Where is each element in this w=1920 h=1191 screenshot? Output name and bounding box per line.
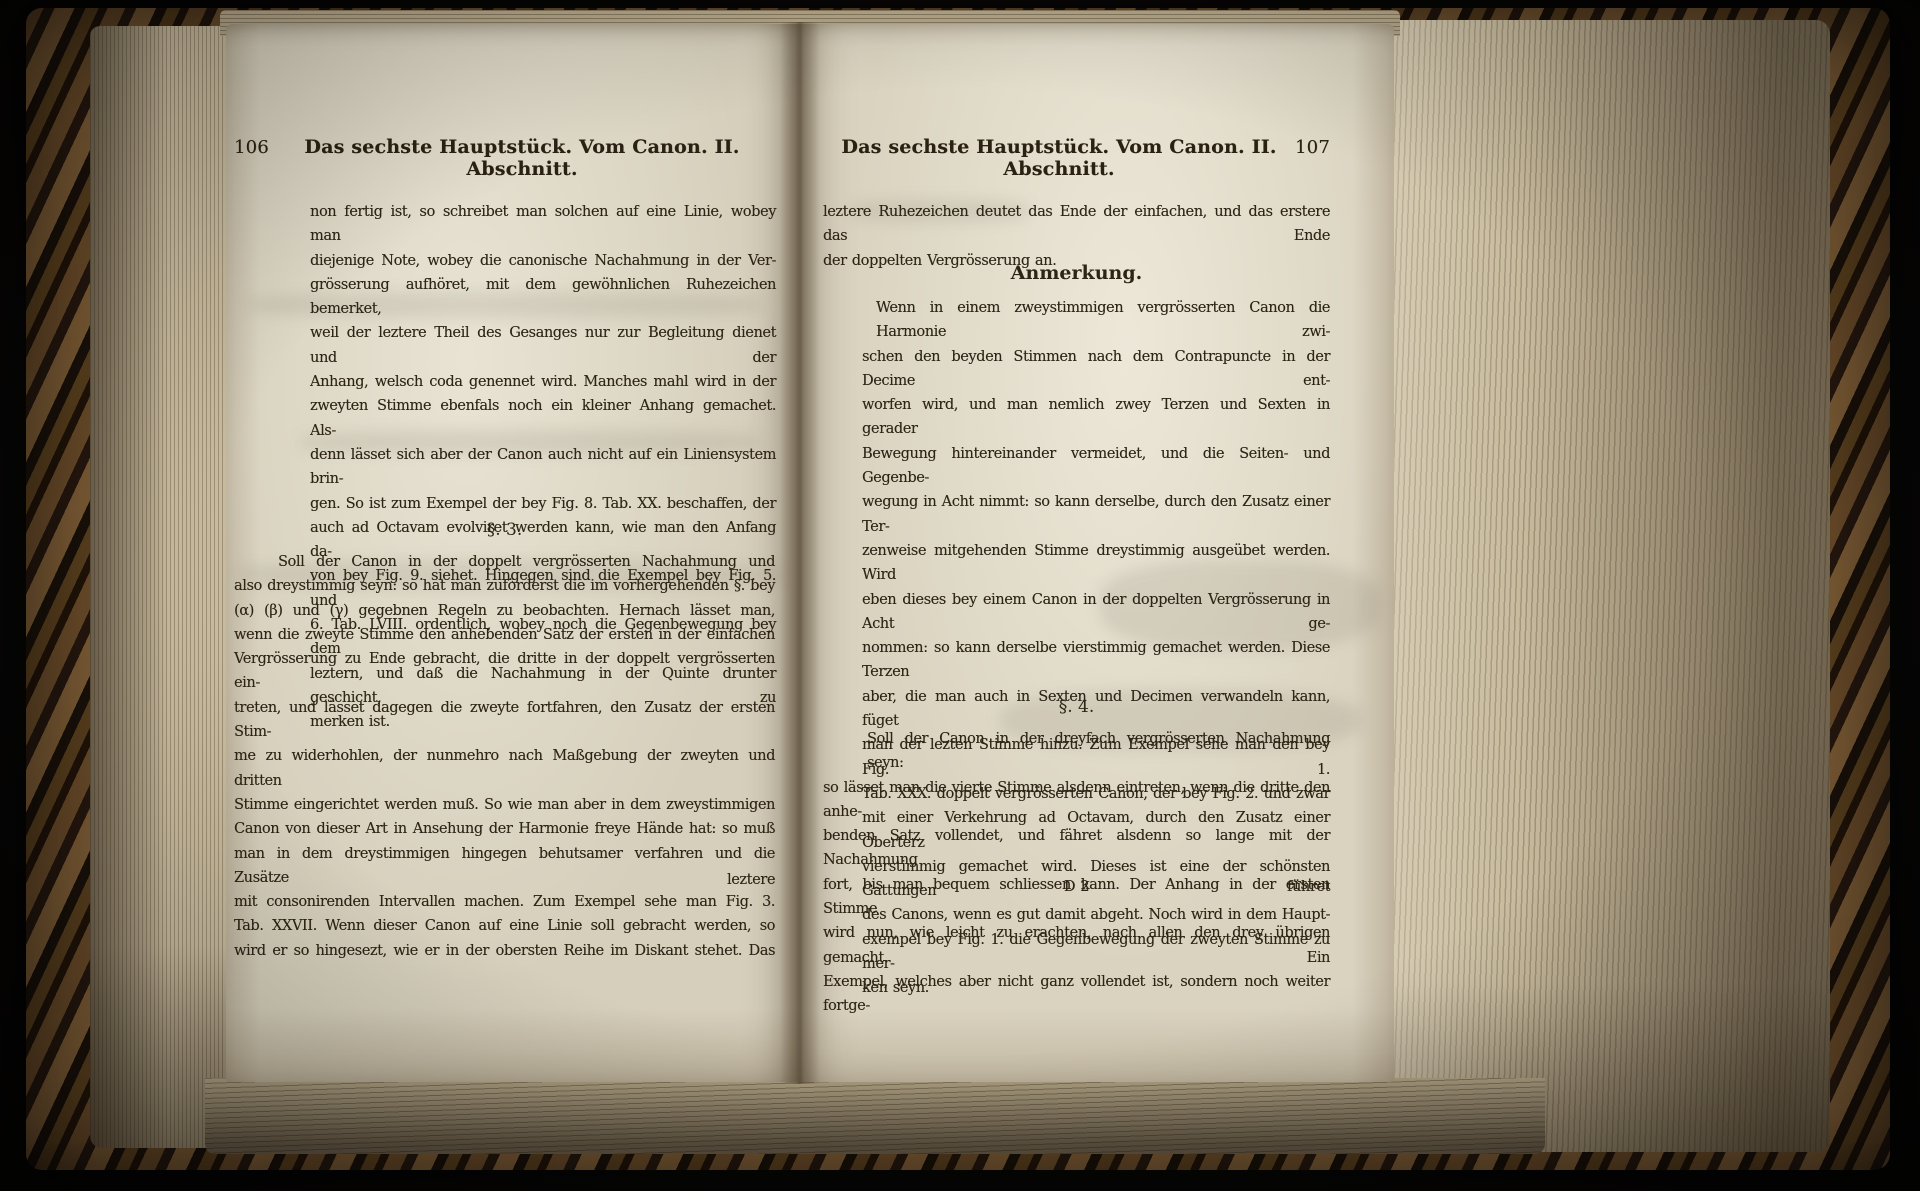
text-line: benden Satz vollendet, und fähret alsden…: [823, 824, 1330, 873]
text-line: leztere Ruhezeichen deutet das Ende der …: [823, 200, 1330, 249]
text-line: non fertig ist, so schreibet man solchen…: [310, 200, 776, 249]
text-line: Exempel, welches aber nicht ganz vollend…: [823, 970, 1330, 1019]
text-line: schen den beyden Stimmen nach dem Contra…: [862, 345, 1330, 394]
text-line: (α) (β) und (γ) gegebnen Regeln zu beoba…: [234, 599, 775, 623]
signature-mark: D 2: [823, 875, 1330, 899]
page-block-edge-bottom: [205, 1078, 1545, 1154]
text-line: Canon von dieser Art in Ansehung der Har…: [234, 817, 775, 841]
text-line: so lässet man die vierte Stimme alsdenn …: [823, 776, 1330, 825]
text-line: weil der leztere Theil des Gesanges nur …: [310, 321, 776, 370]
left-section-heading: §. 3.: [234, 520, 775, 540]
right-page-number: 107: [1295, 137, 1330, 158]
right-signature-row: D 2 führet: [823, 875, 1330, 900]
right-catchword: führet: [1287, 875, 1330, 899]
text-line: Tab. XXVII. Wenn dieser Canon auf eine L…: [234, 914, 775, 938]
text-line: mit consonirenden Intervallen machen. Zu…: [234, 890, 775, 914]
text-line: worfen wird, und man nemlich zwey Terzen…: [862, 393, 1330, 442]
text-line: nommen: so kann derselbe vierstimmig gem…: [862, 636, 1330, 685]
text-line: wird nun, wie leicht zu erachten, nach a…: [823, 921, 1330, 970]
text-line: grösserung aufhöret, mit dem gewöhnliche…: [310, 273, 776, 322]
text-line: Vergrösserung zu Ende gebracht, die drit…: [234, 647, 775, 696]
text-line: Stimme eingerichtet werden muß. So wie m…: [234, 793, 775, 817]
text-line: also dreystimmig seyn: so hat man zuförd…: [234, 574, 775, 598]
text-line: Soll der Canon in der doppelt vergrösser…: [234, 550, 775, 574]
book-photograph: 106 Das sechste Hauptstück. Vom Canon. I…: [0, 0, 1920, 1191]
text-line: Bewegung hintereinander vermeidet, und d…: [862, 442, 1330, 491]
text-line: zenweise mitgehenden Stimme dreystimmig …: [862, 539, 1330, 588]
left-catchword: leztere: [234, 868, 775, 892]
left-page-number: 106: [234, 137, 269, 158]
right-running-title: Das sechste Hauptstück. Vom Canon. II. A…: [823, 136, 1295, 180]
text-line: eben dieses bey einem Canon in der doppe…: [862, 588, 1330, 637]
text-line: treten, und lässet dagegen die zweyte fo…: [234, 696, 775, 745]
right-section-heading: §. 4.: [823, 697, 1330, 717]
left-page-header: 106 Das sechste Hauptstück. Vom Canon. I…: [234, 136, 775, 180]
text-line: me zu widerhohlen, der nunmehro nach Maß…: [234, 744, 775, 793]
text-line: Anhang, welsch coda genennet wird. Manch…: [310, 370, 776, 394]
text-line: wird er so hingesezt, wie er in der ober…: [234, 939, 775, 963]
left-section-paragraph: Soll der Canon in der doppelt vergrösser…: [234, 550, 775, 963]
right-section-paragraph: Soll der Canon in der dreyfach vergrösse…: [823, 727, 1330, 1019]
page-block-edge-left: [90, 26, 232, 1148]
text-line: wegung in Acht nimmt: so kann derselbe, …: [862, 490, 1330, 539]
text-line: gen. So ist zum Exempel der bey Fig. 8. …: [310, 492, 776, 516]
page-block-edge-right: [1392, 20, 1830, 1152]
text-line: diejenige Note, wobey die canonische Nac…: [310, 249, 776, 273]
left-running-title: Das sechste Hauptstück. Vom Canon. II. A…: [269, 136, 775, 180]
text-line: Wenn in einem zweystimmigen vergrösserte…: [862, 296, 1330, 345]
text-line: wenn die zweyte Stimme den anhebenden Sa…: [234, 623, 775, 647]
right-note-heading: Anmerkung.: [823, 262, 1330, 284]
text-line: Soll der Canon in der dreyfach vergrösse…: [823, 727, 1330, 776]
text-line: denn lässet sich aber der Canon auch nic…: [310, 443, 776, 492]
text-line: zweyten Stimme ebenfals noch ein kleiner…: [310, 394, 776, 443]
right-page-header: Das sechste Hauptstück. Vom Canon. II. A…: [823, 136, 1330, 180]
book-gutter: [780, 22, 820, 1084]
